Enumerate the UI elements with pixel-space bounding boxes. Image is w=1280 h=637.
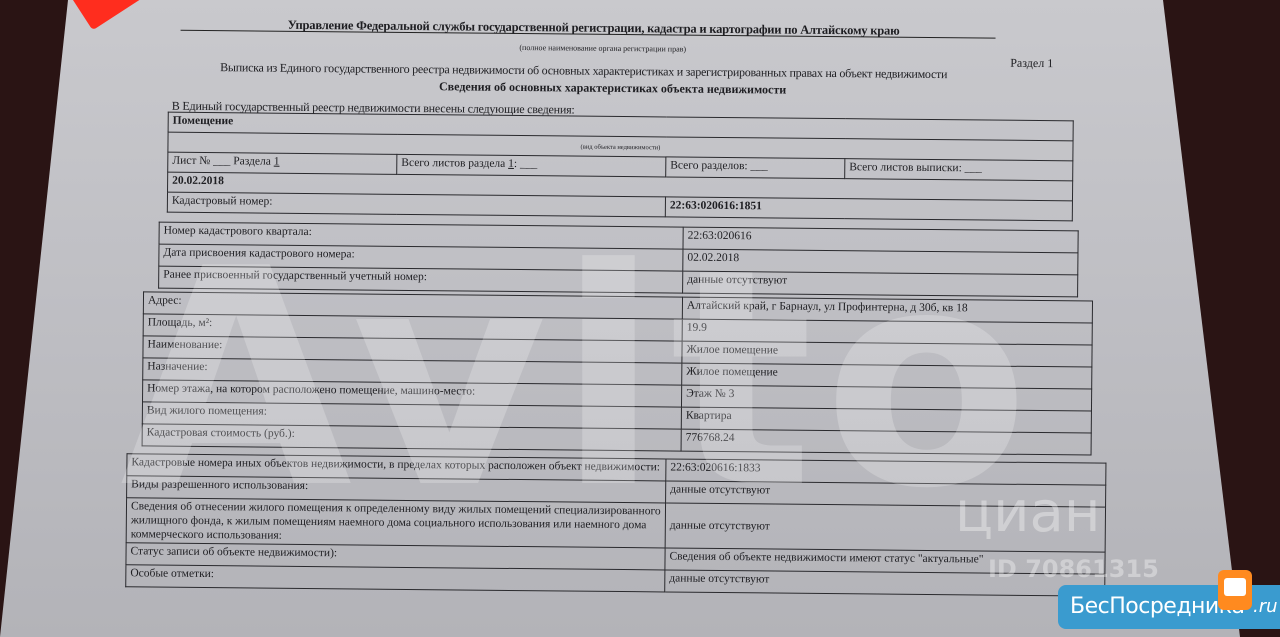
total-sheets-section-label: Всего листов раздела: [401, 157, 505, 170]
sheet-label: Лист № ___ Раздела: [172, 155, 271, 168]
total-sheets-section: Всего листов раздела 1: ___: [397, 154, 666, 177]
total-sheets-section-suffix: : ___: [514, 158, 537, 170]
banner-domain: .ru: [1253, 596, 1278, 617]
registry-table-2: Адрес: Алтайский край, г Барнаул, ул Про…: [142, 291, 1093, 455]
row-label: Ранее присвоенный государственный учетны…: [159, 266, 683, 293]
section-label: Раздел 1: [1010, 56, 1053, 71]
mascot-face-icon: [1224, 578, 1246, 596]
organization-name: Управление Федеральной службы государств…: [288, 18, 900, 39]
total-sheets-extract: Всего листов выписки: ___: [845, 159, 1073, 181]
registry-table-3: Кадастровые номера иных объектов недвижи…: [125, 453, 1106, 596]
row-label: Сведения об отнесении жилого помещения к…: [126, 498, 665, 548]
row-value: 776768.24: [681, 429, 1091, 455]
row-value: данные отсутствуют: [665, 570, 1105, 596]
egrn-extract: Управление Федеральной службы государств…: [0, 0, 1280, 637]
cadastral-number-label: Кадастровый номер:: [167, 192, 665, 217]
cadastral-number-value: 22:63:020616:1851: [665, 197, 1072, 221]
organization-caption: (полное наименование органа регистрации …: [519, 43, 686, 54]
extract-subtitle: Сведения об основных характеристиках объ…: [439, 79, 786, 97]
sheet-section-num: 1: [274, 156, 280, 168]
registry-table-1: Номер кадастрового квартала: 22:63:02061…: [158, 222, 1079, 298]
sheet-number: Лист № ___ Раздела 1: [168, 152, 397, 174]
row-value: данные отсутствуют: [683, 271, 1078, 297]
row-label: Кадастровая стоимость (руб.):: [142, 424, 681, 451]
mascot-icon: [1218, 570, 1252, 610]
object-header-table: Помещение (вид объекта недвижимости) Лис…: [167, 112, 1074, 222]
row-label: Особые отметки:: [126, 565, 665, 592]
row-value: данные отсутствуют: [665, 503, 1105, 552]
extract-title: Выписка из Единого государственного реес…: [220, 60, 947, 82]
total-sections: Всего разделов: ___: [666, 157, 845, 179]
